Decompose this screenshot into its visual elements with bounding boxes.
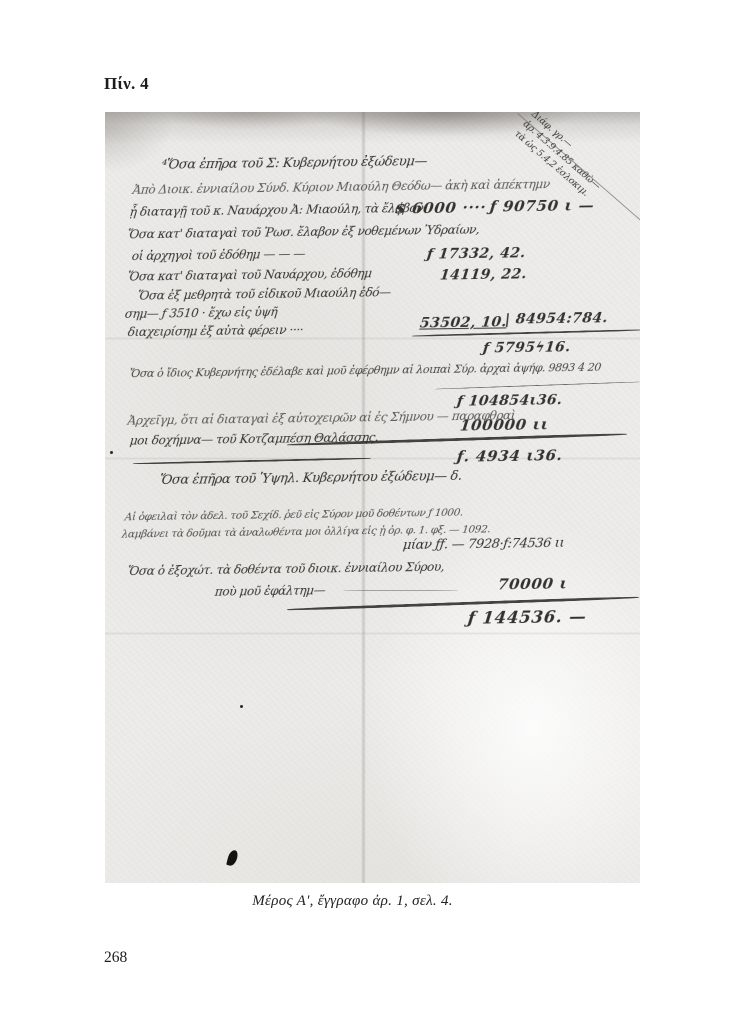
manuscript-amount: ƒ 17332, 42. bbox=[426, 245, 526, 262]
manuscript-amount: | 84954:784. bbox=[504, 310, 609, 327]
manuscript-line: Ὅσα κατ' διαταγαὶ τοῦ Ναυάρχου, ἐδόθημ bbox=[127, 266, 372, 283]
manuscript-amount: ƒ 104854ι36. bbox=[456, 392, 563, 409]
dash-rule bbox=[343, 590, 458, 591]
manuscript-amount: 14119, 22. bbox=[439, 266, 528, 283]
manuscript-line: Ὅσα ἐπῆρα τοῦ Ὑψηλ. Κυβερνήτου ἐξώδευμ— … bbox=[159, 469, 463, 488]
manuscript-line: ποὺ μοῦ ἐφάλτημ— bbox=[214, 583, 326, 599]
ink-dot bbox=[240, 705, 243, 708]
manuscript-line: διαχειρίσημ ἐξ αὐτὰ φέρειν ···· bbox=[127, 323, 304, 339]
manuscript-line: ᾗ διαταγῇ τοῦ κ. Ναυάρχου Ἀ: Μιαούλη, τὰ… bbox=[129, 201, 424, 219]
manuscript-amount: ƒ 144536. — bbox=[467, 607, 588, 628]
manuscript-line: σημ— ƒ 3510 · ἔχω εἰς ὑψῆ bbox=[124, 305, 278, 321]
manuscript-line: ⁴Ὅσα ἐπῆρα τοῦ Σ: Κυβερνήτου ἐξώδευμ— bbox=[161, 154, 428, 173]
manuscript-amount: ƒ. 4934 ι36. bbox=[456, 446, 564, 465]
manuscript-amount: 100000 ιι bbox=[459, 415, 550, 434]
manuscript-line: Αἱ ὀφειλαὶ τὸν ἀδελ. τοῦ Σεχίδ. ῥεῦ εἰς … bbox=[124, 507, 463, 524]
manuscript-line: Ἀπὸ Διοικ. ἐννιαίλου Σύνδ. Κύριον Μιαούλ… bbox=[132, 177, 551, 197]
manuscript-amount: $ 6000 ···· bbox=[394, 198, 487, 217]
manuscript-amount: ƒ 90750 ι — bbox=[489, 196, 595, 215]
ink-dot bbox=[110, 451, 113, 454]
sum-rule bbox=[435, 381, 640, 389]
manuscript-line: Ὅσα ἐξ μεθρητὰ τοῦ εἰδικοῦ Μιαούλη ἐδό— bbox=[137, 285, 392, 303]
horizontal-crease bbox=[105, 632, 640, 635]
manuscript-scan: Διάφ. γρ.— ἀρ. 4.3.9.4.85 καθὼ— τὰ ὡς 5.… bbox=[105, 112, 640, 883]
manuscript-line: Ὅσα κατ' διαταγαὶ τοῦ Ῥωσ. ἔλαβον ἐξ νοθ… bbox=[127, 223, 480, 242]
plate-label: Πίν. 4 bbox=[104, 74, 149, 94]
page-number: 268 bbox=[104, 949, 127, 967]
manuscript-amount: 53502, 10. bbox=[419, 314, 508, 331]
manuscript-line: Ἀρχεῖγμ, ὅτι αἱ διαταγαὶ ἐξ αὐτοχειρῶν α… bbox=[127, 408, 516, 427]
ink-blot bbox=[226, 849, 239, 867]
figure-caption: Μέρος Α', ἔγγραφο ἀρ. 1, σελ. 4. bbox=[60, 893, 645, 910]
manuscript-amount: μίαν ƒƒ. — 7928·ƒ:74536 ιι bbox=[402, 536, 565, 553]
manuscript-amount: ƒ 5795ϟ16. bbox=[482, 339, 571, 356]
manuscript-line: μοι δοχήμνα— τοῦ Κοτζαμπέση Θαλάσσης. bbox=[129, 430, 379, 447]
manuscript-line: οἱ ἀρχηγοὶ τοῦ ἐδόθημ — — — bbox=[131, 247, 306, 263]
manuscript-amount: 70000 ι bbox=[497, 575, 569, 594]
manuscript-line: Ὅσα ὁ ἐξοχώτ. τὰ δοθέντα τοῦ διοικ. ἐννι… bbox=[127, 560, 445, 578]
